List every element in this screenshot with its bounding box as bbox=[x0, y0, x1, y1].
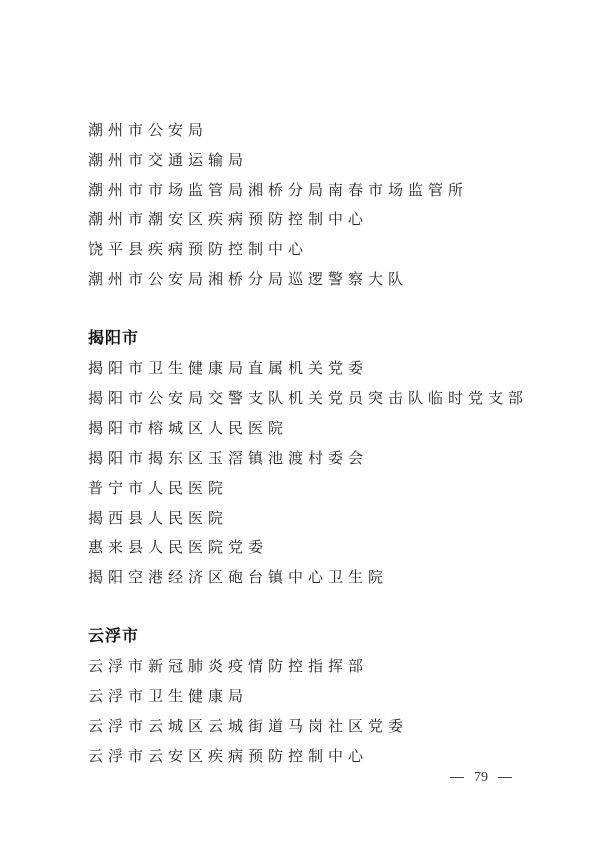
dash-right bbox=[498, 777, 512, 778]
page-number: 79 bbox=[450, 770, 512, 786]
list-item: 潮州市交通运输局 bbox=[88, 150, 248, 170]
list-item: 潮州市潮安区疾病预防控制中心 bbox=[88, 209, 368, 229]
list-item: 潮州市市场监管局湘桥分局南春市场监管所 bbox=[88, 180, 468, 200]
dash-left bbox=[450, 777, 464, 778]
list-item: 云浮市云安区疾病预防控制中心 bbox=[88, 746, 368, 766]
list-item: 普宁市人民医院 bbox=[88, 478, 228, 498]
list-item: 揭西县人民医院 bbox=[88, 508, 228, 528]
list-item: 潮州市公安局 bbox=[88, 120, 208, 140]
section-heading-yunfu: 云浮市 bbox=[88, 626, 139, 646]
list-item: 潮州市公安局湘桥分局巡逻警察大队 bbox=[88, 269, 408, 289]
list-item: 揭阳市榕城区人民医院 bbox=[88, 418, 288, 438]
list-item: 惠来县人民医院党委 bbox=[88, 537, 268, 557]
list-item: 揭阳市揭东区玉滘镇池渡村委会 bbox=[88, 448, 368, 468]
list-item: 饶平县疾病预防控制中心 bbox=[88, 239, 308, 259]
list-item: 云浮市云城区云城街道马岗社区党委 bbox=[88, 716, 408, 736]
list-item: 揭阳空港经济区砲台镇中心卫生院 bbox=[88, 567, 388, 587]
list-item: 揭阳市公安局交警支队机关党员突击队临时党支部 bbox=[88, 388, 528, 408]
list-item: 揭阳市卫生健康局直属机关党委 bbox=[88, 358, 368, 378]
list-item: 云浮市卫生健康局 bbox=[88, 686, 248, 706]
page-number-value: 79 bbox=[474, 770, 488, 786]
section-heading-jieyang: 揭阳市 bbox=[88, 328, 139, 348]
document-page: 潮州市公安局 潮州市交通运输局 潮州市市场监管局湘桥分局南春市场监管所 潮州市潮… bbox=[0, 0, 612, 859]
list-item: 云浮市新冠肺炎疫情防控指挥部 bbox=[88, 656, 368, 676]
